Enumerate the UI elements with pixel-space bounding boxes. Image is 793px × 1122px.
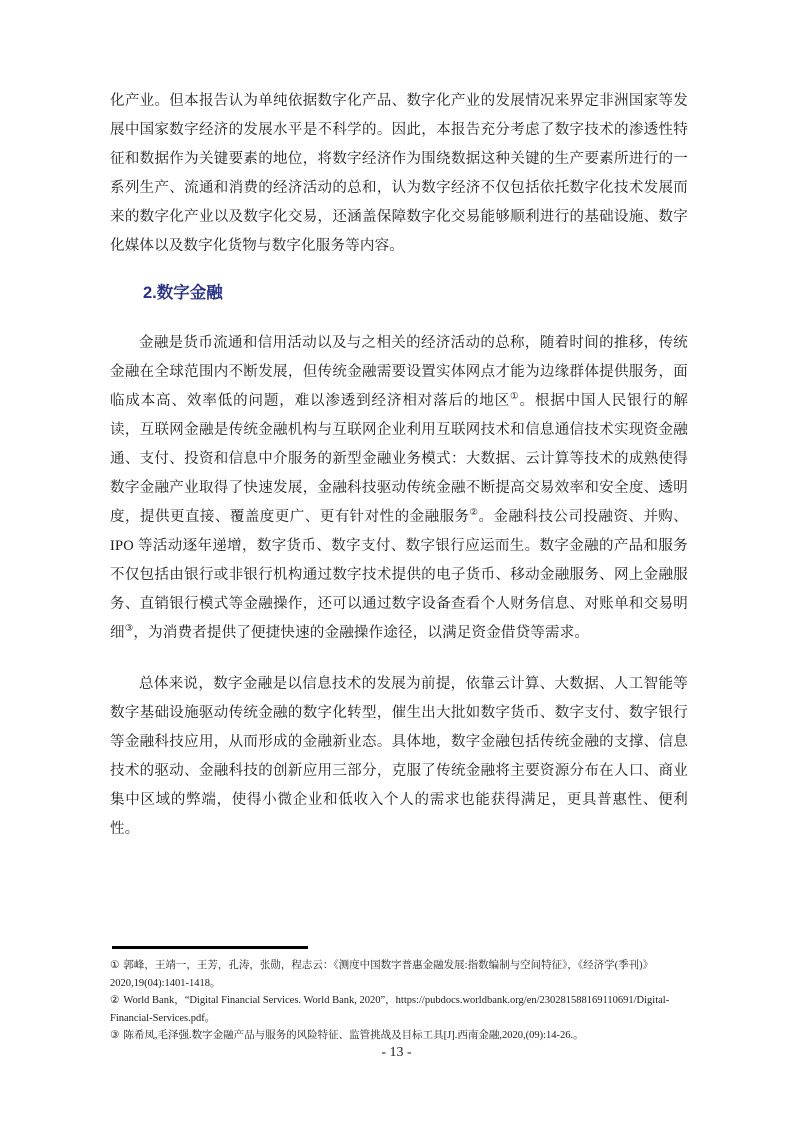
footnote-text-2: World Bank，“Digital Financial Services. … [110,995,669,1024]
footnote-separator-line [112,946,308,949]
document-page: 化产业。但本报告认为单纯依据数字化产品、数字化产业的发展情况来界定非洲国家等发展… [0,0,793,1122]
footnote-marker-2: ② [110,995,119,1006]
paragraph-digital-finance-summary: 总体来说，数字金融是以信息技术的发展为前提，依靠云计算、大数据、人工智能等数字基… [110,670,688,844]
footnote-item-3: ③陈希凤,毛泽强.数字金融产品与服务的风险特征、监管挑战及目标工具[J].西南金… [110,1027,692,1045]
footnote-ref-2: ② [470,508,479,518]
finance-text-segment-2: 。根据中国人民银行的解读，互联网金融是传统金融机构与互联网企业利用互联网技术和信… [110,393,688,525]
footnote-marker-3: ③ [110,1030,119,1041]
page-body: 化产业。但本报告认为单纯依据数字化产品、数字化产业的发展情况来界定非洲国家等发展… [110,87,688,844]
paragraph-digital-economy-continuation: 化产业。但本报告认为单纯依据数字化产品、数字化产业的发展情况来界定非洲国家等发展… [110,87,688,261]
footnote-section: ①郭峰，王靖一，王芳，孔涛，张勋，程志云：《测度中国数字普惠金融发展:指数编制与… [110,946,692,1045]
page-number: - 13 - [0,1045,793,1061]
footnote-text-3: 陈希凤,毛泽强.数字金融产品与服务的风险特征、监管挑战及目标工具[J].西南金融… [123,1030,583,1041]
footnote-text-1: 郭峰，王靖一，王芳，孔涛，张勋，程志云：《测度中国数字普惠金融发展:指数编制与空… [110,960,653,989]
footnote-item-2: ②World Bank，“Digital Financial Services.… [110,992,692,1027]
footnote-marker-1: ① [110,960,119,971]
footnote-item-1: ①郭峰，王靖一，王芳，孔涛，张勋，程志云：《测度中国数字普惠金融发展:指数编制与… [110,957,692,992]
section-heading-digital-finance: 2.数字金融 [110,281,688,305]
finance-text-segment-4: ，为消费者提供了便捷快速的金融操作途径，以满足资金借贷等需求。 [133,625,589,641]
paragraph-digital-finance-definition: 金融是货币流通和信用活动以及与之相关的经济活动的总称，随着时间的推移，传统金融在… [110,329,688,648]
finance-text-segment-3: 。金融科技公司投融资、并购、IPO 等活动逐年递增，数字货币、数字支付、数字银行… [110,509,688,641]
